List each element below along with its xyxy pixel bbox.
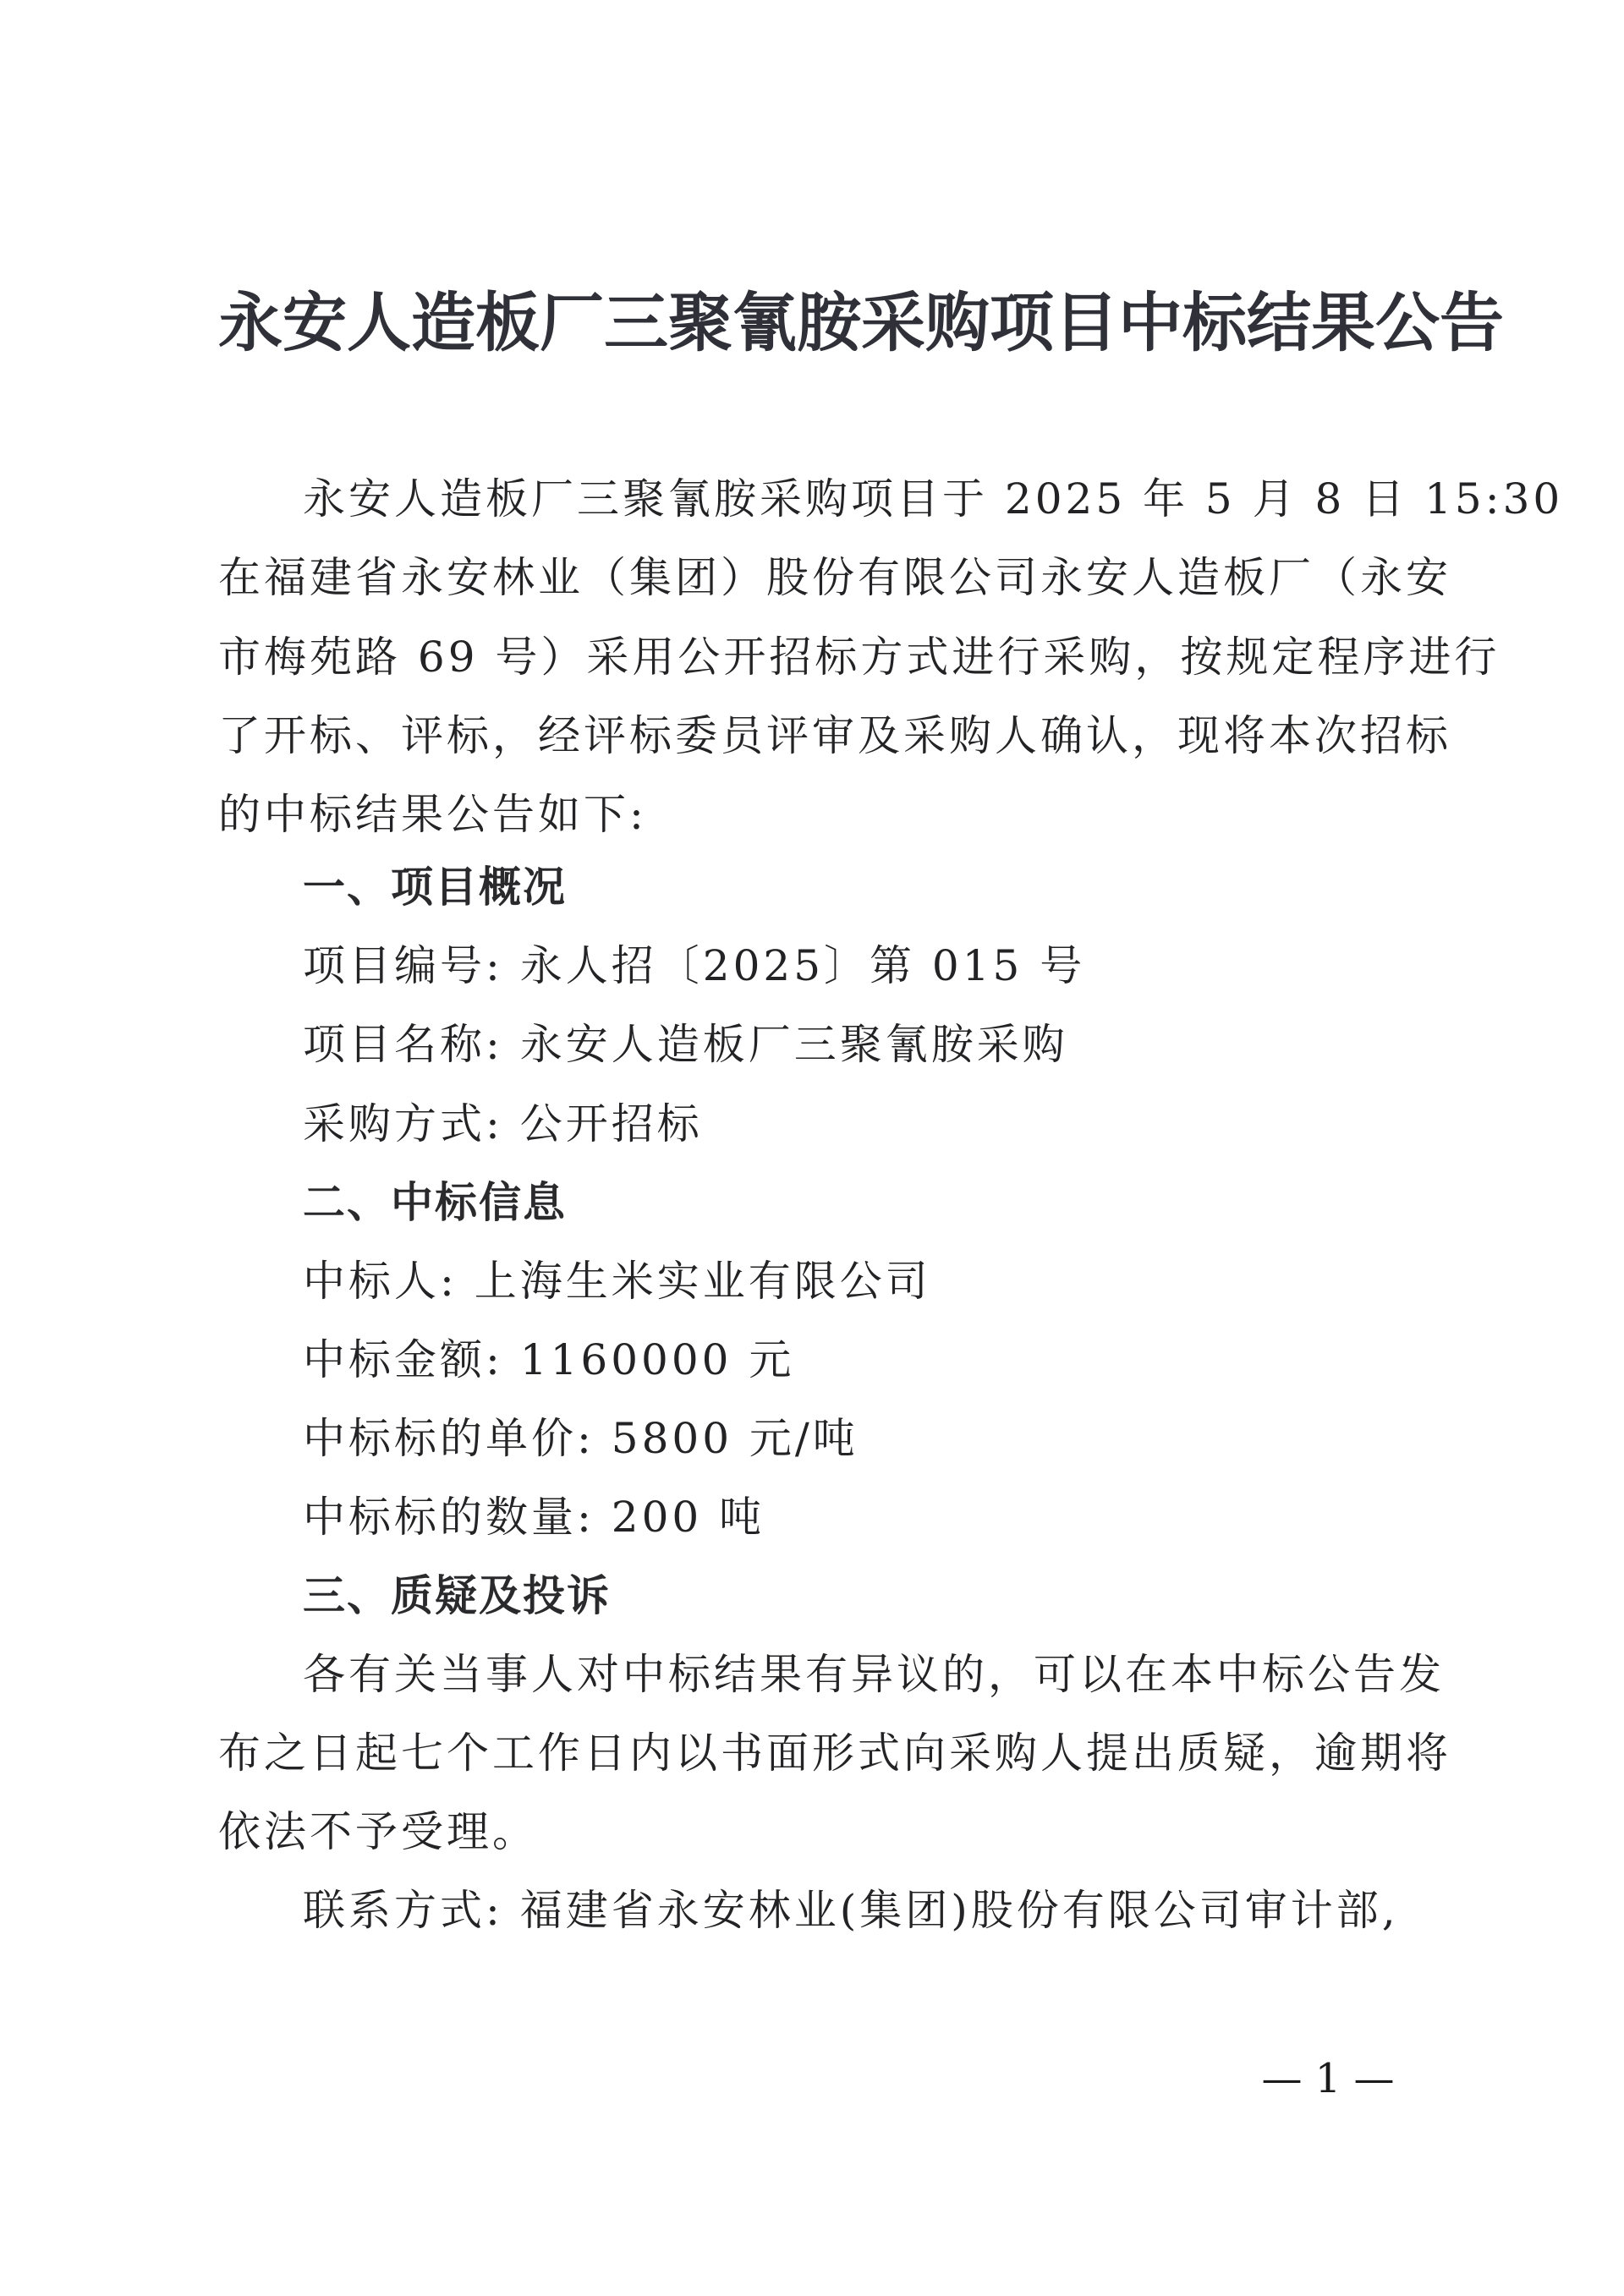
- page-number: — 1 —: [1259, 2053, 1397, 2104]
- complaint-line-1: 各有关当事人对中标结果有异议的，可以在本中标公告发: [303, 1647, 1411, 1701]
- field-label: 项目编号:: [303, 941, 503, 990]
- page-title: 永安人造板厂三聚氰胺采购项目中标结果公告: [218, 281, 1411, 365]
- document-page: 永安人造板厂三聚氰胺采购项目中标结果公告 永安人造板厂三聚氰胺采购项目于 202…: [0, 0, 1624, 2296]
- field-label: 采购方式:: [303, 1099, 503, 1148]
- intro-line-1: 永安人造板厂三聚氰胺采购项目于 2025 年 5 月 8 日 15:30: [303, 472, 1411, 526]
- field-value: 永安人造板厂三聚氰胺采购: [520, 1020, 1068, 1069]
- field-value: 200 吨: [612, 1493, 765, 1542]
- intro-line-4: 了开标、评标，经评标委员评审及采购人确认，现将本次招标: [218, 709, 1411, 763]
- field-winning-bidder: 中标人: 上海生米实业有限公司: [303, 1254, 931, 1308]
- field-label: 项目名称:: [303, 1020, 503, 1069]
- complaint-line-2: 布之日起七个工作日内以书面形式向采购人提出质疑，逾期将: [218, 1726, 1411, 1780]
- field-quantity: 中标标的数量: 200 吨: [303, 1490, 765, 1544]
- field-value: 1160000 元: [520, 1335, 795, 1384]
- section-heading-complaints: 三、质疑及投诉: [303, 1569, 611, 1623]
- contact-info: 联系方式: 福建省永安林业(集团)股份有限公司审计部,: [303, 1883, 1399, 1937]
- section-heading-award-info: 二、中标信息: [303, 1175, 567, 1230]
- complaint-line-3: 依法不予受理。: [218, 1805, 1411, 1859]
- intro-line-5: 的中标结果公告如下:: [218, 787, 1411, 841]
- field-project-number: 项目编号: 永人招〔2025〕第 015 号: [303, 939, 1085, 993]
- intro-line-3: 市梅苑路 69 号）采用公开招标方式进行采购，按规定程序进行: [218, 630, 1411, 684]
- field-value: 公开招标: [520, 1099, 703, 1148]
- contact-label: 联系方式:: [303, 1886, 503, 1935]
- field-award-amount: 中标金额: 1160000 元: [303, 1333, 794, 1387]
- field-label: 中标人:: [303, 1257, 458, 1306]
- section-heading-overview: 一、项目概况: [303, 860, 567, 914]
- field-value: 上海生米实业有限公司: [475, 1257, 931, 1306]
- field-label: 中标标的单价:: [303, 1414, 595, 1463]
- contact-value: 福建省永安林业(集团)股份有限公司审计部,: [520, 1886, 1399, 1935]
- field-procurement-method: 采购方式: 公开招标: [303, 1097, 703, 1151]
- field-label: 中标标的数量:: [303, 1493, 595, 1542]
- field-project-name: 项目名称: 永安人造板厂三聚氰胺采购: [303, 1017, 1068, 1071]
- field-label: 中标金额:: [303, 1335, 503, 1384]
- field-unit-price: 中标标的单价: 5800 元/吨: [303, 1411, 859, 1466]
- field-value: 永人招〔2025〕第 015 号: [520, 941, 1085, 990]
- intro-line-2: 在福建省永安林业（集团）股份有限公司永安人造板厂（永安: [218, 551, 1411, 605]
- field-value: 5800 元/吨: [612, 1414, 859, 1463]
